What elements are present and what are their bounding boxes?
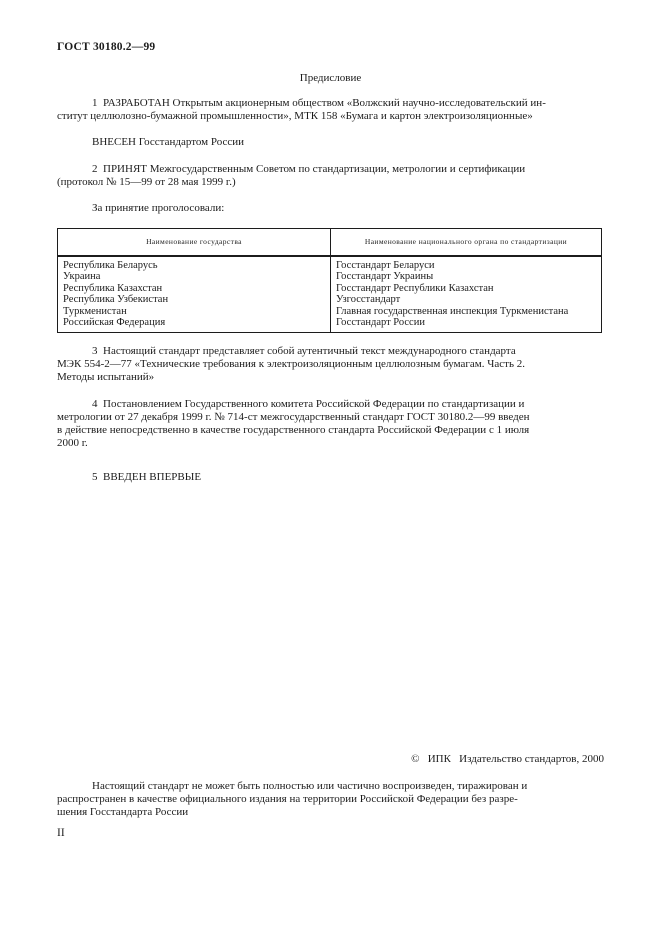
table-row: Украина Госстандарт Украины: [58, 271, 602, 283]
national-body-cell: Госстандарт России: [331, 317, 602, 332]
column-header-state-name: Наименование государства: [58, 229, 331, 256]
table-row: Российская Федерация Госстандарт России: [58, 317, 602, 332]
state-name-cell: Российская Федерация: [58, 317, 331, 332]
state-name-cell: Туркменистан: [58, 306, 331, 318]
foreword-item-adopted: 2 ПРИНЯТ Межгосударственным Советом по с…: [57, 163, 604, 189]
foreword-item-developed: 1 РАЗРАБОТАН Открытым акционерным общест…: [57, 97, 604, 123]
voting-intro-text: За принятие проголосовали:: [57, 202, 604, 215]
legal-notice: Настоящий стандарт не может быть полност…: [57, 780, 604, 819]
standard-code: ГОСТ 30180.2—99: [57, 41, 604, 53]
column-header-national-body: Наименование национального органа по ста…: [331, 229, 602, 256]
state-name-cell: Украина: [58, 271, 331, 283]
voting-table-header-row: Наименование государства Наименование на…: [58, 229, 602, 256]
national-body-cell: Госстандарт Украины: [331, 271, 602, 283]
page-number: II: [57, 827, 65, 839]
foreword-item-authentic-text: 3 Настоящий стандарт представляет собой …: [57, 345, 604, 384]
national-body-cell: Госстандарт Беларуси: [331, 256, 602, 272]
national-body-cell: Госстандарт Республики Казахстан: [331, 283, 602, 295]
state-name-cell: Республика Узбекистан: [58, 294, 331, 306]
voting-table: Наименование государства Наименование на…: [57, 228, 602, 333]
state-name-cell: Республика Беларусь: [58, 256, 331, 272]
national-body-cell: Узгосстандарт: [331, 294, 602, 306]
state-name-cell: Республика Казахстан: [58, 283, 331, 295]
table-row: Республика Узбекистан Узгосстандарт: [58, 294, 602, 306]
copyright-notice: © ИПК Издательство стандартов, 2000: [57, 753, 604, 765]
table-row: Туркменистан Главная государственная инс…: [58, 306, 602, 318]
foreword-item-first-time: 5 ВВЕДЕН ВПЕРВЫЕ: [57, 471, 604, 484]
foreword-title: Предисловие: [57, 72, 604, 84]
national-body-cell: Главная государственная инспекция Туркме…: [331, 306, 602, 318]
foreword-item-enacted: 4 Постановлением Государственного комите…: [57, 398, 604, 450]
foreword-item-submitted: ВНЕСЕН Госстандартом России: [57, 136, 604, 149]
table-row: Республика Беларусь Госстандарт Беларуси: [58, 256, 602, 272]
document-page: ГОСТ 30180.2—99 Предисловие 1 РАЗРАБОТАН…: [0, 0, 661, 936]
table-row: Республика Казахстан Госстандарт Республ…: [58, 283, 602, 295]
